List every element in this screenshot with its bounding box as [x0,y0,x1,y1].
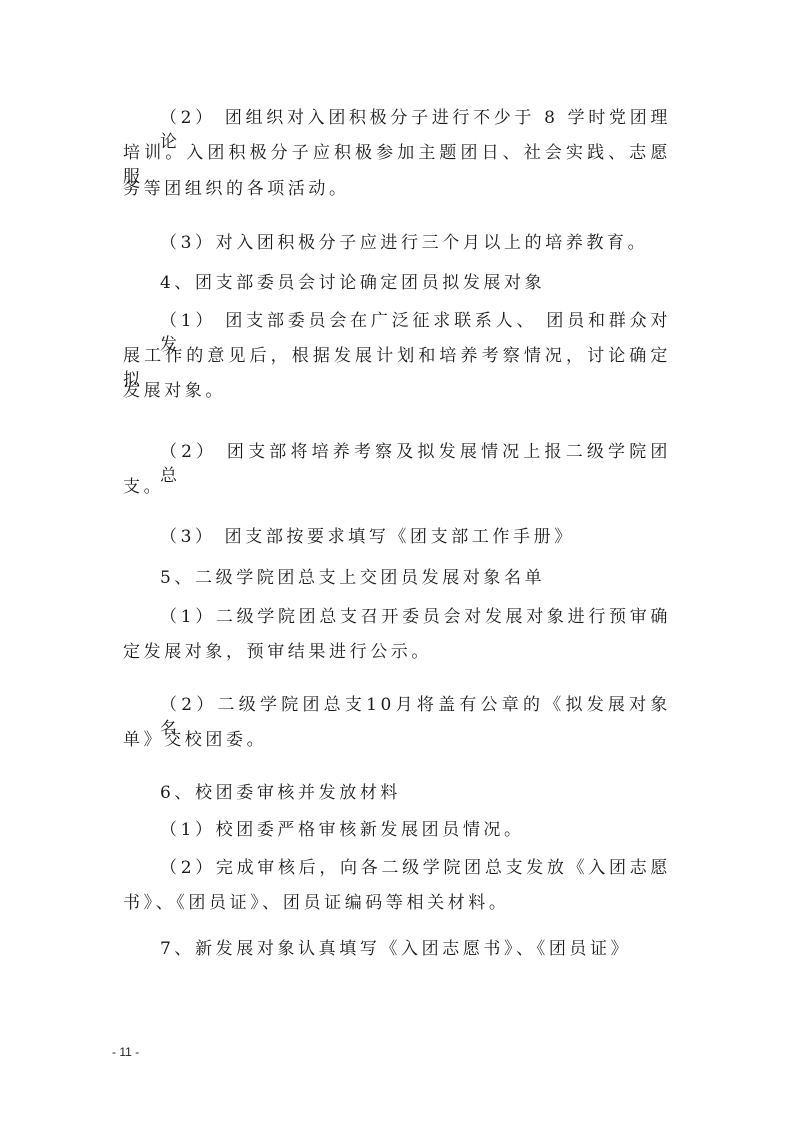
text-line: 单》交校团委。 [123,728,671,752]
text-line: 6、校团委审核并发放材料 [160,781,671,805]
text-line: 发展对象。 [123,379,671,403]
text-line: 书》、《团员证》、团员证编码等相关材料。 [123,891,671,915]
text-line: （2）完成审核后，向各二级学院团总支发放《入团志愿 [160,856,671,880]
text-line: 务等团组织的各项活动。 [123,177,671,201]
text-line: 4、团支部委员会讨论确定团员拟发展对象 [160,271,671,295]
text-line: 5、二级学院团总支上交团员发展对象名单 [160,566,671,590]
text-line: （1）二级学院团总支召开委员会对发展对象进行预审确 [160,605,671,629]
text-line: （1）校团委严格审核新发展团员情况。 [160,818,671,842]
text-line: 定发展对象，预审结果进行公示。 [123,640,671,664]
text-line: 支。 [123,475,671,499]
text-line: 7、新发展对象认真填写《入团志愿书》、《团员证》 [160,937,671,961]
text-line: （3） 团支部按要求填写《团支部工作手册》 [160,525,671,549]
document-page: （2） 团组织对入团积极分子进行不少于 8 学时党团理论培训。入团积极分子应积极… [0,0,793,1122]
page-number: - 11 - [112,1045,139,1059]
text-line: （3）对入团积极分子应进行三个月以上的培养教育。 [160,231,671,255]
